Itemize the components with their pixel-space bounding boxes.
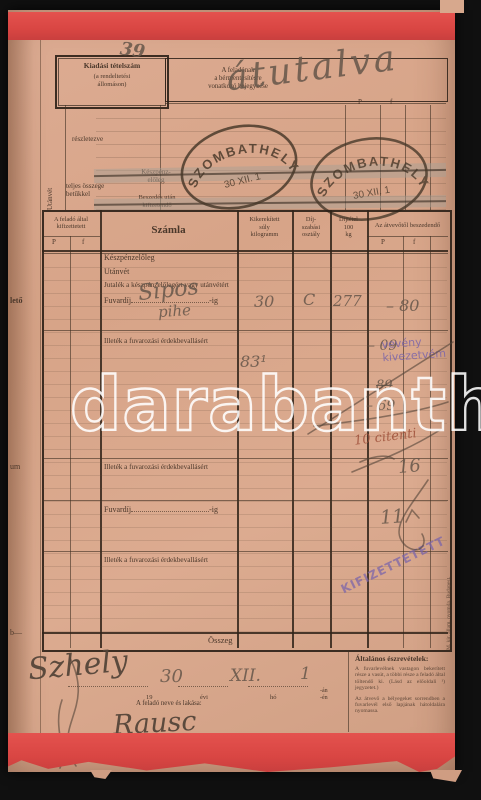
hw-tariff-class: C: [303, 290, 315, 309]
row-interest-fee-1: Illeték a fuvarozási érdekbevallásért: [104, 337, 208, 345]
darabanth-watermark: darabanth: [70, 362, 481, 448]
date-suffix: -án -én: [320, 688, 328, 701]
col-collect-f: f: [413, 238, 415, 246]
col-weight-l1: Kikerekített: [237, 216, 292, 224]
col-payer-p: P: [52, 238, 56, 246]
fold-crease: [40, 40, 41, 733]
currency-f-label: f: [390, 98, 392, 106]
purple-receipt-note: vevény kivezetvém: [381, 334, 446, 364]
hw-rate: 277: [333, 292, 362, 310]
item-box-sub: (a rendeltetési: [57, 73, 167, 81]
edge-fragment-text: lető: [10, 296, 22, 305]
col-class-l3: osztály: [292, 231, 330, 239]
item-box-title2: tételszám: [110, 61, 140, 70]
col-payer-f: f: [82, 238, 84, 246]
item-box-sub2: állomáson): [57, 81, 167, 89]
general-notes-box: Általános észrevételek: A fuvarlevélnek …: [355, 654, 445, 730]
torn-corner-nub: [440, 0, 464, 13]
col-rate-l1: Díjtétel: [330, 216, 367, 224]
row-interest-fee-2: Illeték a fuvarozási érdekbevallásért: [104, 463, 208, 471]
hw-weight: 30: [254, 292, 274, 311]
printer-imprint: M. kir. állam. nyomda, Budapest.: [446, 550, 452, 650]
item-number-box: Kiadási tételszám (a rendeltetési állomá…: [55, 55, 169, 109]
col-weight-l2: súly: [237, 224, 292, 232]
row-cod: Utánvét: [104, 267, 129, 276]
col-collect-p: P: [381, 238, 385, 246]
row-total: Összeg: [208, 635, 233, 645]
notes-title: Általános észrevételek:: [355, 654, 445, 663]
col-rate-l2: 100: [330, 224, 367, 232]
hw-place: Szhely: [27, 644, 130, 688]
col-invoice-header: Számla: [100, 224, 237, 236]
col-rate-l3: kg: [330, 231, 367, 239]
edge-fragment-text: b—: [10, 628, 22, 637]
date-suffix-en: -én: [320, 695, 328, 702]
col-class-l1: Díj-: [292, 216, 330, 224]
freight-ig-suffix: -ig: [209, 296, 218, 305]
date-suffix-an: -án: [320, 688, 328, 695]
penciled-item-number: 39: [119, 38, 147, 62]
hw-month: XII.: [230, 666, 261, 686]
freight2-ig-suffix: -ig: [209, 505, 218, 514]
hw-entry-16: 16: [397, 455, 422, 478]
row-freight-charge-2: Fuvardíj-ig: [104, 505, 218, 514]
col-weight-header: Kikerekített súly kilogramm: [237, 216, 292, 239]
date-ho-label: hó: [270, 694, 277, 701]
red-edge-band-bottom: [8, 733, 455, 772]
freight-label: Fuvardíj: [104, 296, 131, 305]
row-cash-advance: Készpénzelőleg: [104, 253, 155, 262]
postmark-date-text: 30 XII. 1: [223, 171, 262, 191]
currency-p-label: P: [358, 98, 362, 106]
torn-bottom-nub: [430, 770, 462, 782]
col-rate-header: Díjtétel 100 kg: [330, 216, 367, 239]
hw-year: 30: [160, 666, 183, 687]
hw-entry-11: 11: [379, 505, 405, 529]
item-box-title: Kiadási: [84, 61, 109, 70]
advance-side-label: Utánvét: [46, 130, 54, 210]
advance-itemized-label: részletezve: [72, 135, 103, 143]
col-collect-header: Az átvevőtől beszedendő: [367, 222, 448, 229]
document-sheet: lető um b— Kiadási tételszám (a rendelte…: [8, 10, 455, 772]
postmark-city-text: SZOMBATHELY: [178, 128, 304, 201]
postmark-date-text: 30 XII. 1: [352, 185, 391, 202]
col-class-header: Díj- szabási osztály: [292, 216, 330, 239]
red-edge-band-top: [8, 12, 455, 40]
hw-day: 1: [300, 664, 311, 684]
hw-amount-80: – 80: [386, 296, 419, 315]
svg-text:SZOMBATHELY: SZOMBATHELY: [178, 128, 304, 201]
edge-fragment-text: um: [10, 462, 20, 471]
row-interest-fee-3: Illeték a fuvarozási érdekbevallásért: [104, 556, 208, 564]
col-payer-l1: A feladó által: [42, 216, 100, 223]
notes-paragraph-1: A fuvarlevélnek vastagon bekerített rész…: [355, 666, 445, 692]
hw-goods-name-2: pihe: [157, 301, 191, 321]
notes-paragraph-2: Az átvevő a bélyegeket sorrendben a fuva…: [355, 696, 445, 715]
freight2-label: Fuvardíj: [104, 505, 131, 514]
torn-bottom-nub: [90, 770, 112, 779]
col-class-l2: szabási: [292, 224, 330, 232]
col-payer-l2: kifizettetett: [42, 223, 100, 230]
col-weight-l3: kilogramm: [237, 231, 292, 239]
col-payer-header: A feladó által kifizettetett: [42, 216, 100, 230]
